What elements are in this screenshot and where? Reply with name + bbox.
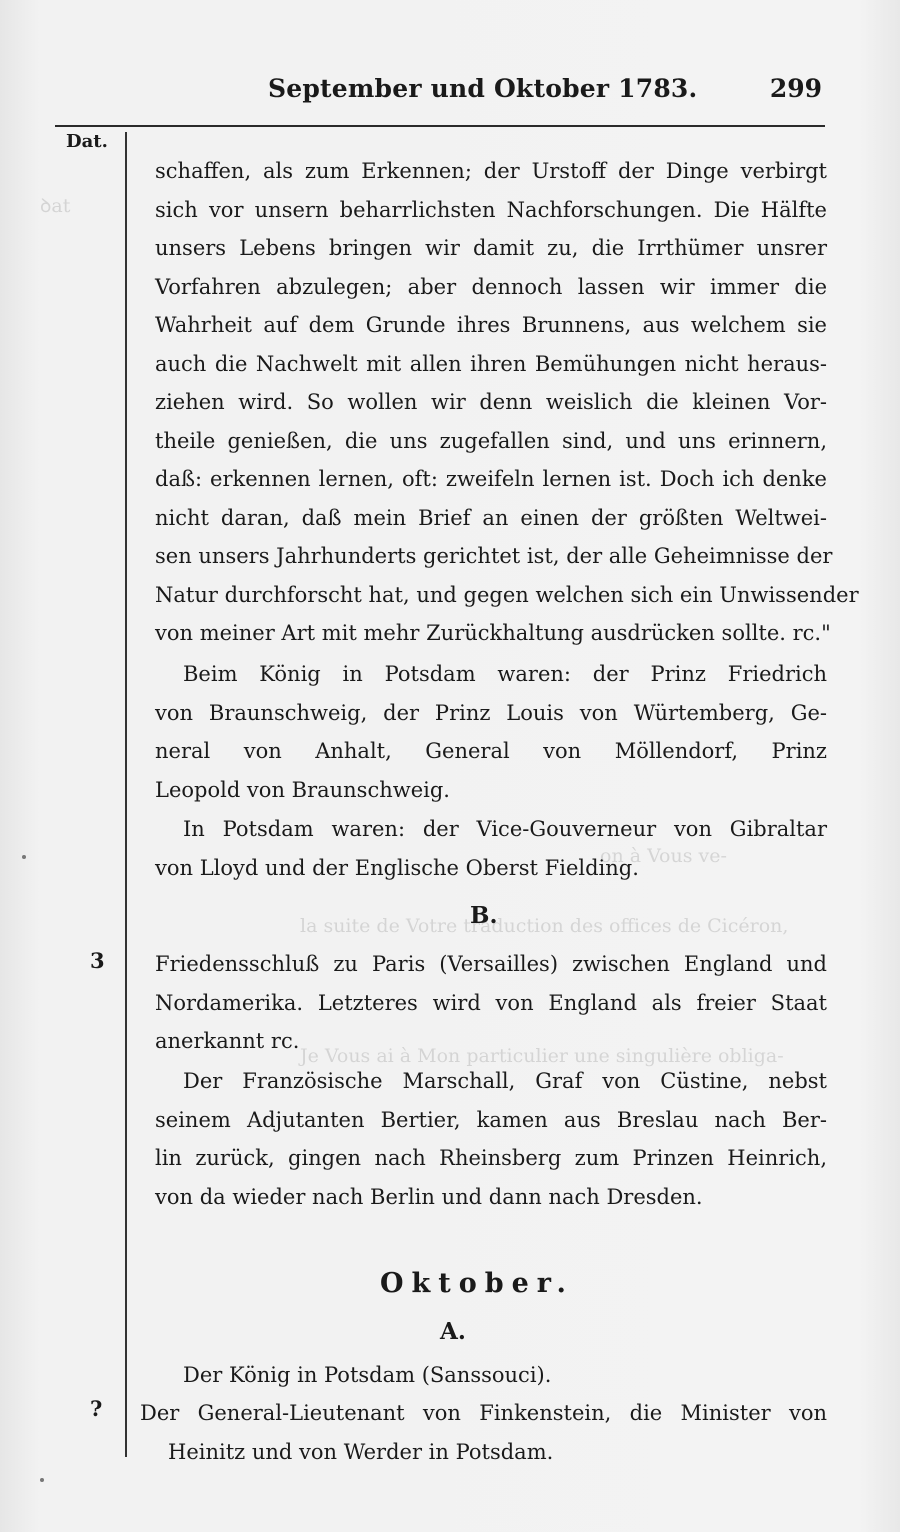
date-column-label: Dat. xyxy=(66,131,108,152)
text-line: Natur durchforscht hat, und gegen welche… xyxy=(155,576,827,615)
text-line: Beim König in Potsdam waren: der Prinz F… xyxy=(155,655,827,694)
text-line: Leopold von Braunschweig. xyxy=(155,771,827,810)
text-line: theile genießen, die uns zugefallen sind… xyxy=(155,422,827,461)
text-line: lin zurück, gingen nach Rheinsberg zum P… xyxy=(155,1139,827,1178)
paragraph-custine: Der Französische Marschall, Graf von Cüs… xyxy=(155,1062,827,1216)
text-line: sich vor unsern beharrlichsten Nachforsc… xyxy=(155,191,827,230)
text-line: auch die Nachwelt mit allen ihren Bemühu… xyxy=(155,345,827,384)
book-page: ꝺat on à Vous ve- la suite de Votre trad… xyxy=(0,0,900,1532)
margin-speck xyxy=(40,1478,44,1482)
text-line: nicht daran, daß mein Brief an einen der… xyxy=(155,499,827,538)
text-line: Heinitz und von Werder in Potsdam. xyxy=(140,1433,827,1472)
entry-generals: Der General-Lieutenant von Finkenstein, … xyxy=(140,1394,827,1471)
letter-continuation: schaffen, als zum Erkennen; der Urstoff … xyxy=(155,152,827,653)
text-line: sen unsers Jahrhunderts gerichtet ist, d… xyxy=(155,537,827,576)
text-line: von Braunschweig, der Prinz Louis von Wü… xyxy=(155,694,827,733)
running-title: September und Oktober 1783. xyxy=(268,74,697,103)
text-line: anerkannt rc. xyxy=(155,1022,827,1061)
entry-king-sanssouci: Der König in Potsdam (Sanssouci). xyxy=(155,1356,827,1395)
text-line: neral von Anhalt, General von Möllendorf… xyxy=(155,732,827,771)
text-line: Der General-Lieutenant von Finkenstein, … xyxy=(140,1394,827,1433)
header-rule xyxy=(55,125,825,127)
margin-speck xyxy=(22,855,26,859)
text-line: seinem Adjutanten Bertier, kamen aus Bre… xyxy=(155,1101,827,1140)
running-header: September und Oktober 1783. 299 xyxy=(0,74,900,114)
text-line: Friedensschluß zu Paris (Versailles) zwi… xyxy=(155,945,827,984)
text-line: ziehen wird. So wollen wir denn weislich… xyxy=(155,383,827,422)
text-line: daß: erkennen lernen, oft: zweifeln lern… xyxy=(155,460,827,499)
text-line: Der Französische Marschall, Graf von Cüs… xyxy=(155,1062,827,1101)
date-marker: ? xyxy=(90,1396,102,1421)
date-column-divider xyxy=(125,132,127,1457)
section-b-heading: B. xyxy=(470,902,497,929)
text-line: Wahrheit auf dem Grunde ihres Brunnens, … xyxy=(155,306,827,345)
text-line: von meiner Art mit mehr Zurückhaltung au… xyxy=(155,614,827,653)
text-line: Der König in Potsdam (Sanssouci). xyxy=(155,1356,827,1395)
month-heading-october: Oktober. xyxy=(380,1268,574,1299)
text-line: von da wieder nach Berlin und dann nach … xyxy=(155,1178,827,1217)
paragraph-peace-treaty: Friedensschluß zu Paris (Versailles) zwi… xyxy=(155,945,827,1061)
paragraph-king-visitors: Beim König in Potsdam waren: der Prinz F… xyxy=(155,655,827,809)
text-line: von Lloyd und der Englische Oberst Field… xyxy=(155,849,827,888)
section-a-heading: A. xyxy=(440,1318,466,1345)
bleed-through-text: ꝺat xyxy=(40,192,70,218)
page-number: 299 xyxy=(770,74,822,103)
text-line: Nordamerika. Letzteres wird von England … xyxy=(155,984,827,1023)
text-line: Vorfahren abzulegen; aber dennoch lassen… xyxy=(155,268,827,307)
paragraph-potsdam-visitors: In Potsdam waren: der Vice-Gouverneur vo… xyxy=(155,810,827,887)
text-line: unsers Lebens bringen wir damit zu, die … xyxy=(155,229,827,268)
bleed-through-text: la suite de Votre traduction des offices… xyxy=(300,915,788,937)
text-line: schaffen, als zum Erkennen; der Urstoff … xyxy=(155,152,827,191)
text-line: In Potsdam waren: der Vice-Gouverneur vo… xyxy=(155,810,827,849)
date-marker: 3 xyxy=(90,948,105,973)
